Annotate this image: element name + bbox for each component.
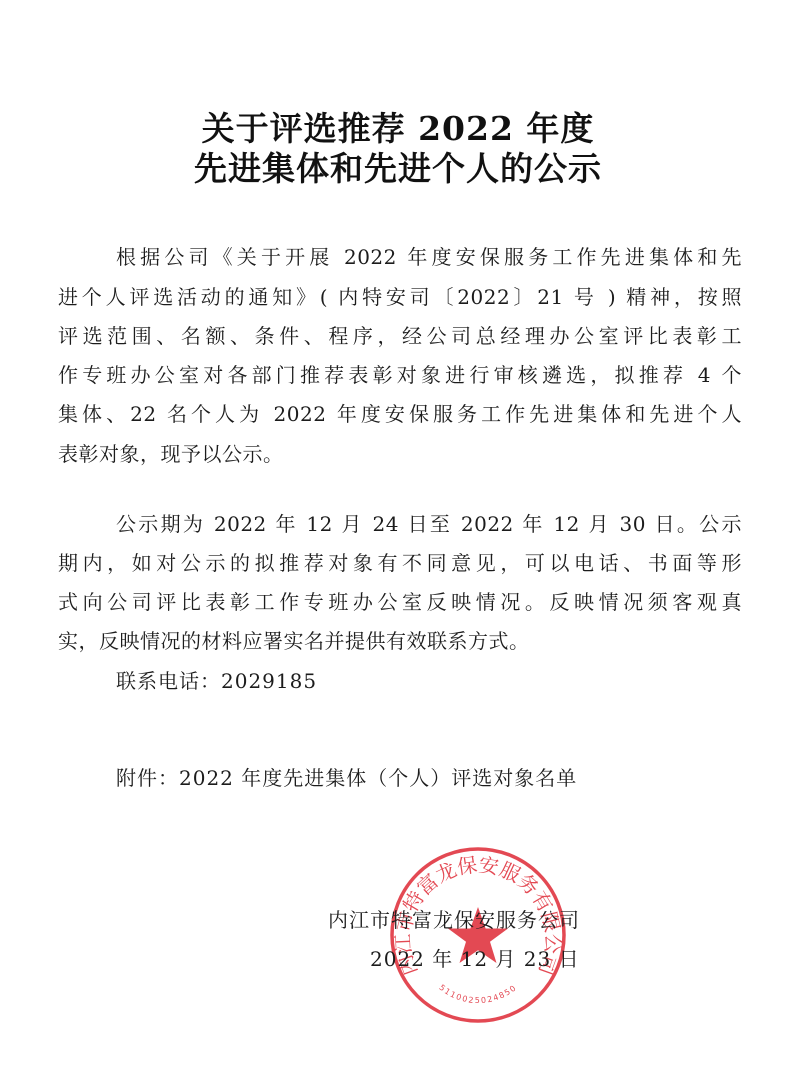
paragraph1-line: 评选范围、名额、条件、程序，经公司总经理办公室评比表彰工 bbox=[58, 322, 742, 350]
paragraph1-line: 进个人评选活动的通知》( 内特安司〔2022〕21 号 ) 精神，按照 bbox=[58, 283, 742, 311]
paragraph2-line: 式向公司评比表彰工作专班办公室反映情况。反映情况须客观真 bbox=[58, 588, 742, 616]
paragraph1-line: 集体、22 名个人为 2022 年度安保服务工作先进集体和先进个人 bbox=[58, 400, 742, 428]
paragraph1-line: 表彰对象，现予以公示。 bbox=[58, 440, 742, 468]
contact-phone: 联系电话：2029185 bbox=[116, 667, 317, 695]
paragraph2-line: 实，反映情况的材料应署实名并提供有效联系方式。 bbox=[58, 627, 742, 655]
signature-date: 2022 年 12 月 23 日 bbox=[370, 945, 580, 973]
document-page: 关于评选推荐 2022 年度 先进集体和先进个人的公示 根据公司《关于开展 20… bbox=[0, 0, 796, 1082]
paragraph1-line: 作专班办公室对各部门推荐表彰对象进行审核遴选，拟推荐 4 个 bbox=[58, 361, 742, 389]
attachment-note: 附件：2022 年度先进集体（个人）评选对象名单 bbox=[116, 764, 577, 792]
paragraph1-line: 根据公司《关于开展 2022 年度安保服务工作先进集体和先 bbox=[116, 243, 742, 271]
document-title-line2: 先进集体和先进个人的公示 bbox=[0, 143, 796, 190]
signature-organization: 内江市特富龙保安服务公司 bbox=[328, 906, 580, 934]
paragraph2-line: 期内，如对公示的拟推荐对象有不同意见，可以电话、书面等形 bbox=[58, 549, 742, 577]
paragraph2-line: 公示期为 2022 年 12 月 24 日至 2022 年 12 月 30 日。… bbox=[116, 510, 742, 538]
seal-code: 5110025024850 bbox=[437, 983, 518, 1005]
company-seal: 内江市特富龙保安服务有限公司 5110025024850 bbox=[388, 845, 568, 1025]
